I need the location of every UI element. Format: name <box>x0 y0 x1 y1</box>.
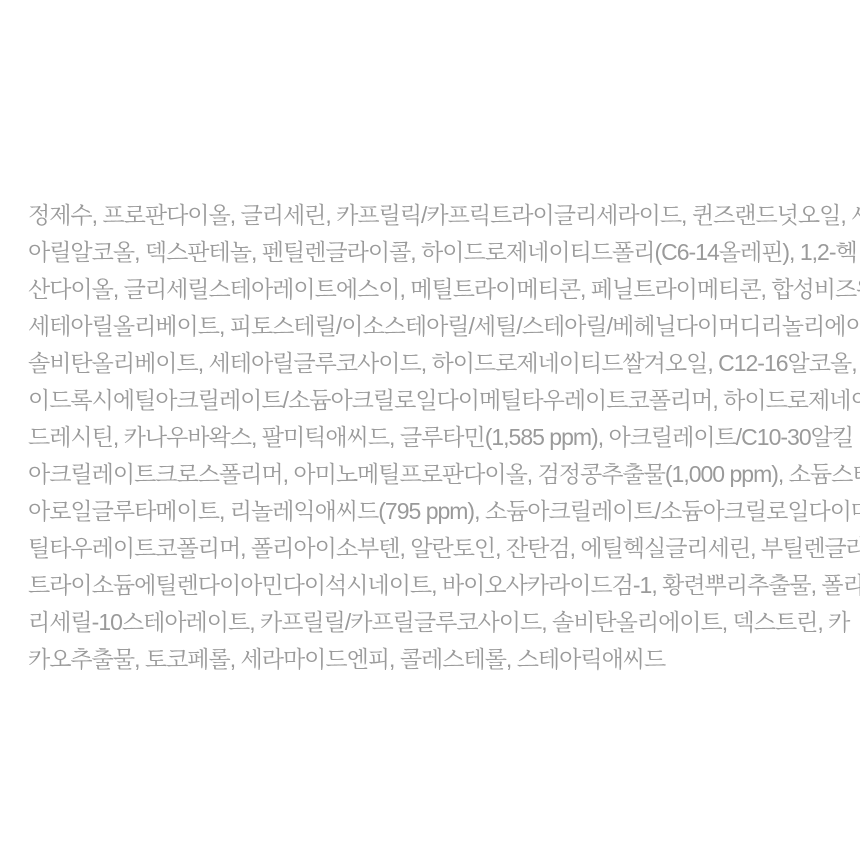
ingredient-line: 아크릴레이트크로스폴리머, 아미노메틸프로판다이올, 검정콩추출물(1,000 … <box>28 456 834 493</box>
ingredient-line: 솔비탄올리베이트, 세테아릴글루코사이드, 하이드로제네이티드쌀겨오일, C12… <box>28 345 834 382</box>
ingredient-line: 아릴알코올, 덱스판테놀, 펜틸렌글라이콜, 하이드로제네이티드폴리(C6-14… <box>28 234 834 271</box>
ingredient-line: 틸타우레이트코폴리머, 폴리아이소부텐, 알란토인, 잔탄검, 에틸헥실글리세린… <box>28 530 834 567</box>
ingredient-line: 드레시틴, 카나우바왁스, 팔미틱애씨드, 글루타민(1,585 ppm), 아… <box>28 419 834 456</box>
ingredient-line: 트라이소듐에틸렌다이아민다이석시네이트, 바이오사카라이드검-1, 황련뿌리추출… <box>28 567 834 604</box>
ingredient-line: 카오추출물, 토코페롤, 세라마이드엔피, 콜레스테롤, 스테아릭애씨드 <box>28 641 834 678</box>
ingredient-line: 이드록시에틸아크릴레이트/소듐아크릴로일다이메틸타우레이트코폴리머, 하이드로제… <box>28 382 834 419</box>
ingredient-line: 산다이올, 글리세릴스테아레이트에스이, 메틸트라이메티콘, 페닐트라이메티콘,… <box>28 271 834 308</box>
ingredient-line: 정제수, 프로판다이올, 글리세린, 카프릴릭/카프릭트라이글리세라이드, 퀸즈… <box>28 197 834 234</box>
ingredient-line: 세테아릴올리베이트, 피토스테릴/이소스테아릴/세틸/스테아릴/베헤닐다이머디리… <box>28 308 834 345</box>
ingredient-line: 리세릴-10스테아레이트, 카프릴릴/카프릴글루코사이드, 솔비탄올리에이트, … <box>28 604 834 641</box>
ingredient-list: 정제수, 프로판다이올, 글리세린, 카프릴릭/카프릭트라이글리세라이드, 퀸즈… <box>28 197 834 678</box>
ingredient-info-page: 정제수, 프로판다이올, 글리세린, 카프릴릭/카프릭트라이글리세라이드, 퀸즈… <box>0 0 860 860</box>
ingredient-line: 아로일글루타메이트, 리놀레익애씨드(795 ppm), 소듐아크릴레이트/소듐… <box>28 493 834 530</box>
